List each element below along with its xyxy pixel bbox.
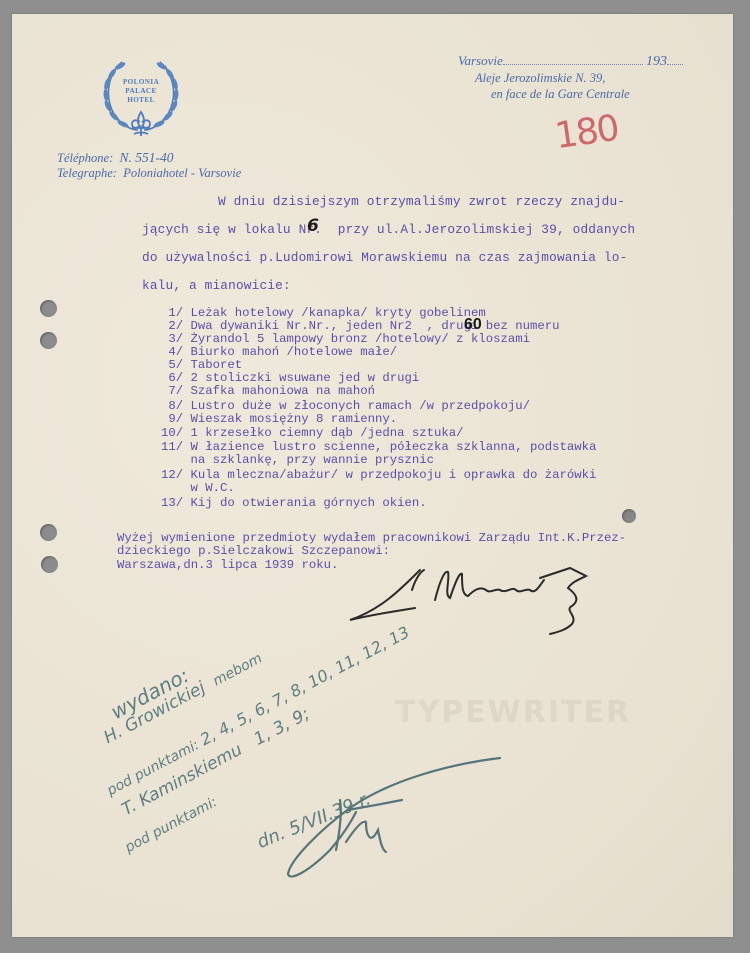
telegraph-line: Telegraphe: Poloniahotel - Varsovie: [57, 166, 241, 181]
date-line: Varsovie 193: [458, 53, 683, 70]
logo-line-polonia: POLONIA: [100, 78, 182, 87]
telephone-line: Téléphone: N. 551-40: [57, 150, 173, 166]
svg-text:L. Morawski: L. Morawski: [340, 559, 346, 561]
date-dotted-blank: [503, 63, 643, 65]
telephone-number: N. 551-40: [119, 150, 173, 165]
city-label: Varsovie: [458, 53, 503, 68]
telegraph-label: Telegraphe:: [57, 166, 117, 180]
list-item-continuation: w W.C.: [161, 482, 235, 495]
svg-text:Stary: Stary: [270, 749, 273, 751]
punch-hole: [40, 332, 57, 349]
list-item: 9/ Wieszak mosiężny 8 ramienny.: [161, 413, 397, 426]
logo-line-hotel: HOTEL: [100, 96, 182, 105]
year-dotted-blank: [667, 63, 683, 65]
telegraph-address: Poloniahotel - Varsovie: [123, 166, 241, 180]
list-item: 13/ Kij do otwierania górnych okien.: [161, 497, 427, 510]
address-line-1: Aleje Jerozolimskie N. 39,: [475, 71, 605, 86]
punch-hole: [40, 524, 57, 541]
year-prefix: 193: [646, 54, 667, 69]
closing-line-2: dzieckiego p.Sielczakowi Szczepanowi:: [117, 545, 390, 558]
ink-blot: [622, 509, 636, 523]
handwritten-room-number: 6: [307, 216, 319, 236]
punch-hole: [41, 556, 58, 573]
fleur-de-lis-icon: [132, 112, 150, 136]
pencil-signature: Stary: [270, 750, 530, 890]
paragraph-line-4: kalu, a mianowicie:: [142, 278, 291, 293]
closing-line-3: Warszawa,dn.3 lipca 1939 roku.: [117, 559, 338, 572]
logo-line-palace: PALACE: [100, 87, 182, 96]
red-pencil-number: 180: [552, 108, 620, 157]
paragraph-line-1: W dniu dzisiejszym otrzymaliśmy zwrot rz…: [218, 194, 625, 209]
paragraph-line-3: do używalności p.Ludomirowi Morawskiemu …: [142, 250, 627, 265]
list-item-continuation: na szklankę, przy wannie prysznic: [161, 454, 434, 467]
list-item: 7/ Szafka mahoniowa na mahoń: [161, 385, 375, 398]
paragraph-line-2: jących się w lokalu Nr. przy ul.Al.Jeroz…: [142, 222, 635, 237]
list-item: 10/ 1 krzesełko ciemny dąb /jedna sztuka…: [161, 427, 464, 440]
show-through-text: TYPEWRITER: [395, 695, 631, 730]
hotel-logo: POLONIA PALACE HOTEL: [100, 56, 182, 142]
address-line-2: en face de la Gare Centrale: [491, 87, 630, 102]
telephone-label: Téléphone:: [57, 151, 113, 165]
punch-hole: [40, 300, 57, 317]
